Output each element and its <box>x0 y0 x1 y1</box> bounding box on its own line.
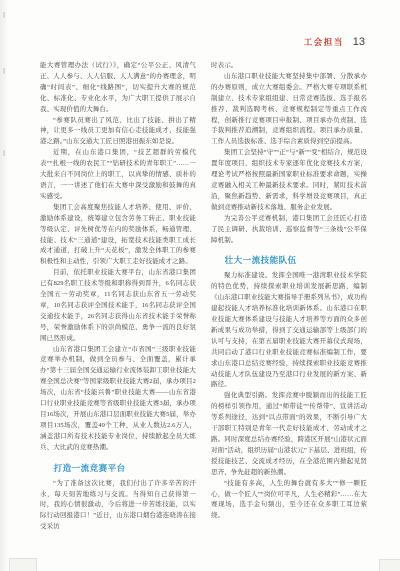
left-column: 能大赛管理办法（试行）》，确定“公平公正、风清气正、人人参与、人人信服、人人满意… <box>40 61 196 533</box>
body-paragraph: 山东省港口集团工会建立“市省国”三级职业技能竞赛举办机制，做到全员参与、全面覆盖… <box>40 345 196 454</box>
page-header: 工会担当 13 <box>40 36 365 48</box>
body-paragraph: “为了准备这次比赛，我们付出了许多辛苦的汗水，每天刻苦地练习与交流。当得知自己获… <box>40 479 196 534</box>
body-paragraph: “参赛队员赛出了风范、比出了技能、拼出了精神，让更多一线员工更加有信心走技能成才… <box>40 116 196 149</box>
body-paragraph: 时表示。 <box>211 61 367 72</box>
column-tag: 工会担当 <box>304 36 344 48</box>
section-heading: 打造一流竞赛平台 <box>40 462 196 474</box>
body-paragraph: “技能有多高，人生的舞台就有多大”“修一颗匠心，做一个匠人”“岗位可平凡，人生必… <box>211 479 367 523</box>
body-paragraph: 强化典型引路。发挥竞赛中脱颖而出的技能工匠的榜样引领作用，通过“师带徒”“传帮带… <box>211 391 367 478</box>
body-paragraph: 山东港口职业技能大赛坚持集中部署、分散承办的办赛原则，成立大赛组委会。严格大赛专… <box>211 72 367 148</box>
scan-corner-mark <box>379 559 400 571</box>
section-heading: 壮大一流技能队伍 <box>211 254 367 266</box>
body-paragraph: 目前，依托职业技能大赛平台，山东省港口集团已有829名职工技术等级和职称得到晋升… <box>40 268 196 344</box>
body-paragraph: 能大赛管理办法（试行）》，确定“公平公正、风清气正、人人参与、人人信服、人人满意… <box>40 61 196 116</box>
right-column: 时表示。 山东港口职业技能大赛坚持集中部署、分散承办的办赛原则，成立大赛组委会。… <box>211 61 367 533</box>
body-paragraph: 集团工会坚持“守”“正”与“新”“变”相结合，规范设置年度项目，组织技术专家逐年… <box>211 148 367 213</box>
magazine-page: 工会担当 13 能大赛管理办法（试行）》，确定“公平公正、风清气正、人人参与、人… <box>0 0 400 571</box>
page-content: 工会担当 13 能大赛管理办法（试行）》，确定“公平公正、风清气正、人人参与、人… <box>0 0 400 533</box>
body-paragraph: 近期，在山东港口集团，“技艺超群的劳模代表”“扎根一线的农民工”“钻研技术的青年… <box>40 148 196 203</box>
body-paragraph: 为完善公平竞赛机制，港口集团工会还匠心打造了民主调研、执裁培训、巡察监督等“三条… <box>211 214 367 247</box>
body-paragraph: 集团工会高度聚焦技能人才培养、使用、评价、激励体系建设，统筹建立包含劳务工转正、… <box>40 203 196 268</box>
scan-corner-mark <box>9 558 37 571</box>
body-paragraph: 聚力标准建设。发挥全国唯一港湾职业技术学院的特色优势，持续探索职业培训发展新思路… <box>211 271 367 391</box>
article-body: 能大赛管理办法（试行）》，确定“公平公正、风清气正、人人参与、人人信服、人人满意… <box>40 61 367 533</box>
page-number: 13 <box>353 36 365 48</box>
